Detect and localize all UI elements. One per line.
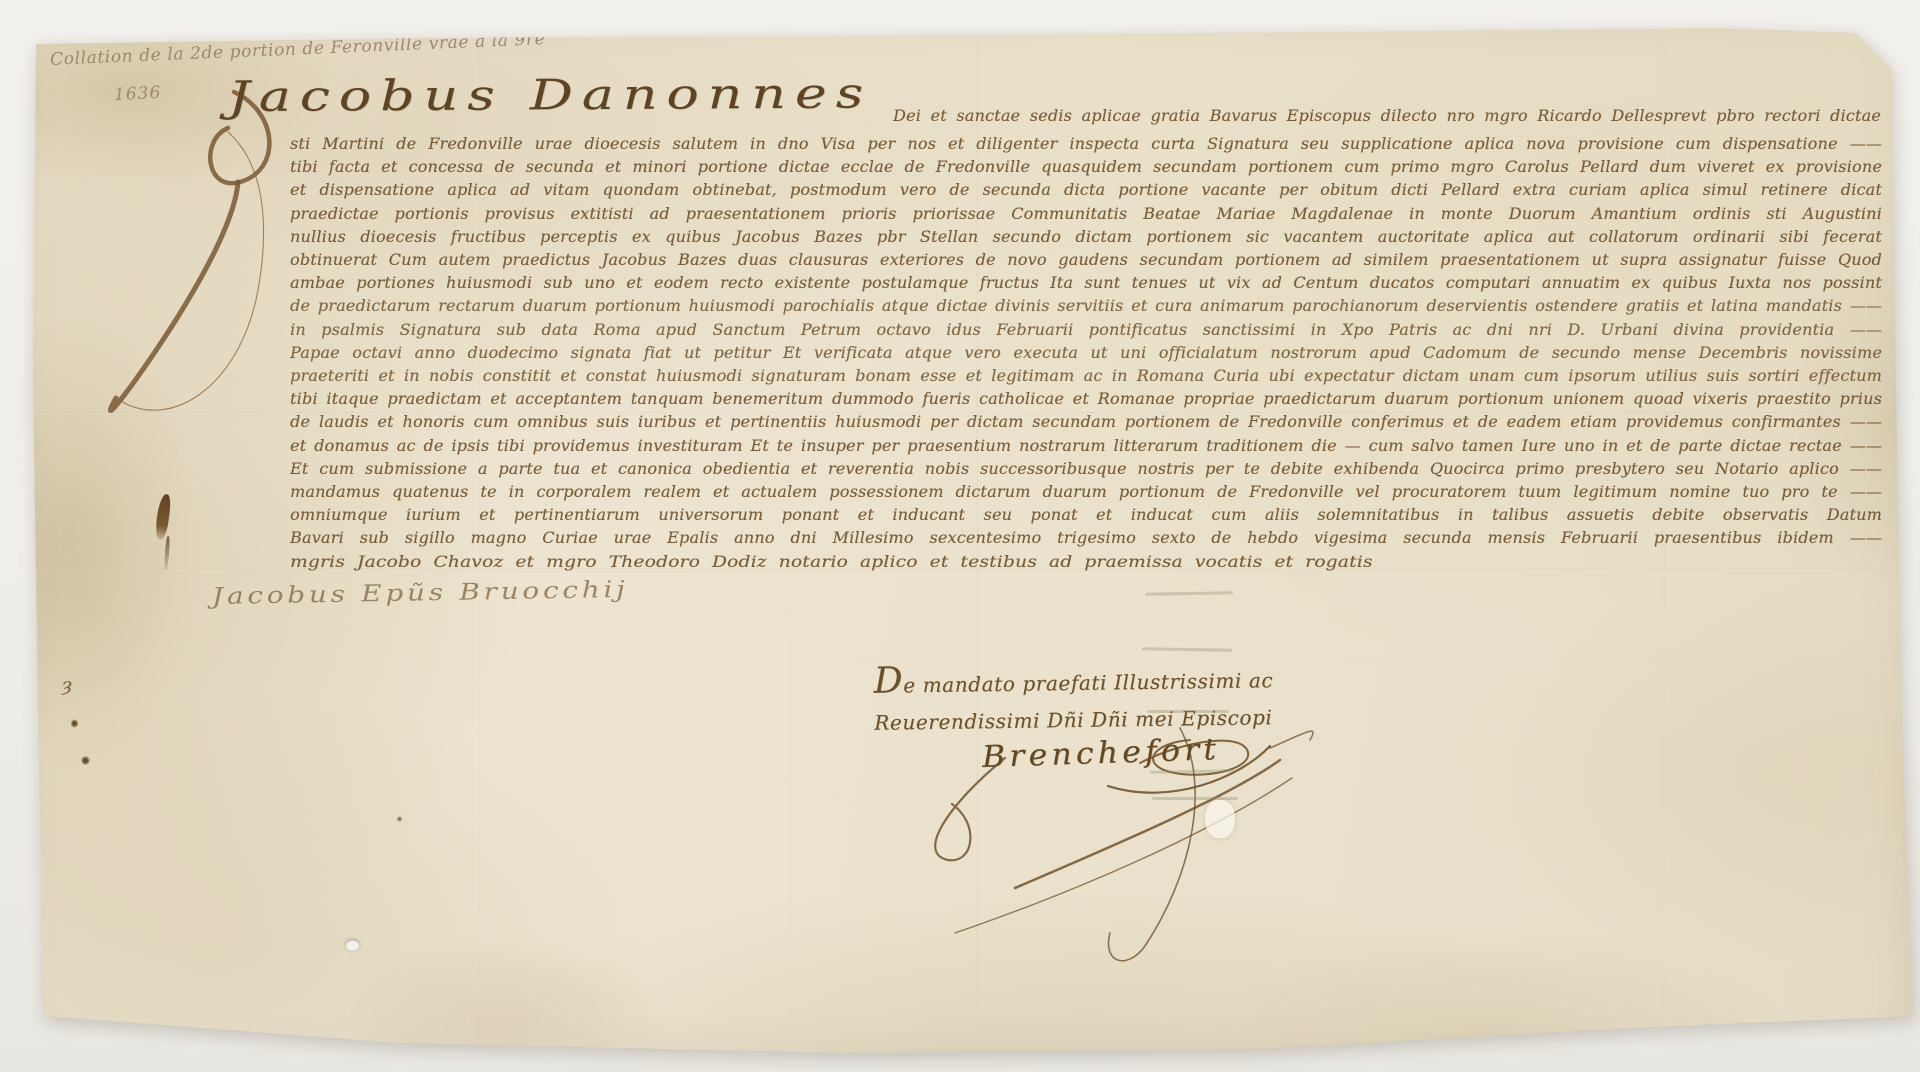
parchment-document: Collation de la 2de portion de Feronvill…	[0, 0, 1920, 1072]
photo-backdrop: Collation de la 2de portion de Feronvill…	[0, 0, 1920, 1072]
parchment-wrap: Collation de la 2de portion de Feronvill…	[0, 0, 1920, 1072]
parchment-edge-shading	[0, 0, 1920, 1072]
